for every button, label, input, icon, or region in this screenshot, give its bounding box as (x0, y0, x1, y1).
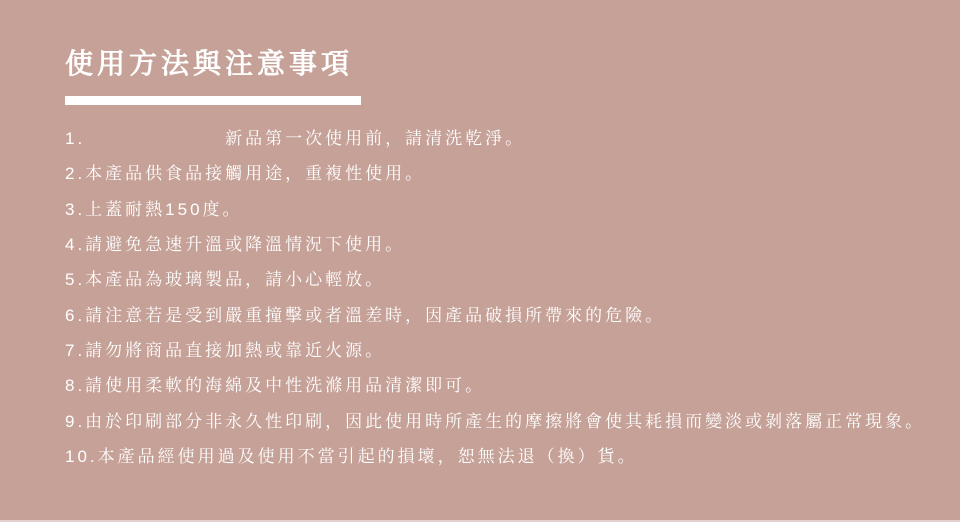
instruction-item: 9.由於印刷部分非永久性印刷，因此使用時所產生的摩擦將會使其耗損而變淡或剝落屬正… (65, 401, 920, 436)
instruction-item: 3.上蓋耐熱150度。 (65, 190, 920, 225)
title-underline-bar (65, 96, 361, 105)
instruction-item: 7.請勿將商品直接加熱或靠近火源。 (65, 331, 920, 366)
instruction-item: 4.請避免急速升溫或降溫情況下使用。 (65, 225, 920, 260)
instruction-item: 6.請注意若是受到嚴重撞擊或者溫差時，因產品破損所帶來的危險。 (65, 295, 920, 330)
instruction-item: 8.請使用柔軟的海綿及中性洗滌用品清潔即可。 (65, 366, 920, 401)
instruction-item: 10.本產品經使用過及使用不當引起的損壞，恕無法退（換）貨。 (65, 437, 920, 472)
instruction-list: 1. 新品第一次使用前，請清洗乾淨。 2.本產品供食品接觸用途，重複性使用。 3… (65, 119, 920, 472)
usage-instructions-page: { "page": { "background_color": "#c6a198… (0, 0, 960, 522)
usage-instructions-panel: 使用方法與注意事項 1. 新品第一次使用前，請清洗乾淨。 2.本產品供食品接觸用… (0, 0, 960, 472)
page-title: 使用方法與注意事項 (65, 49, 920, 79)
instruction-item: 5.本產品為玻璃製品，請小心輕放。 (65, 260, 920, 295)
instruction-item: 1. 新品第一次使用前，請清洗乾淨。 (65, 119, 920, 154)
instruction-item: 2.本產品供食品接觸用途，重複性使用。 (65, 154, 920, 189)
